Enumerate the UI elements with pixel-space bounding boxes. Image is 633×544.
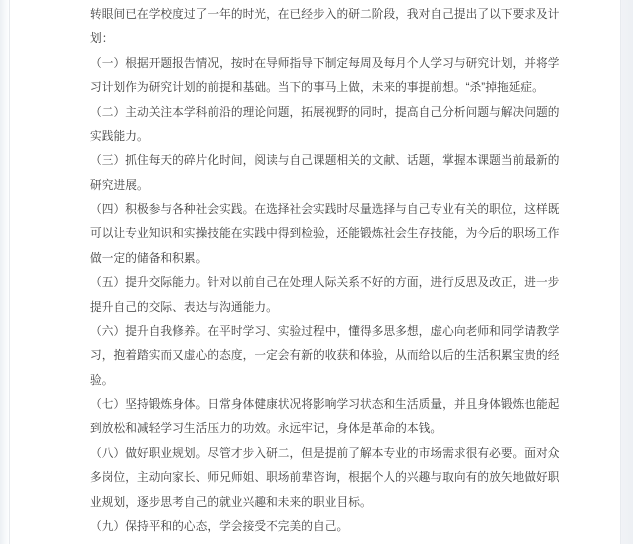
text-line: （三）抓住每天的碎片化时间，阅读与自己课题相关的文献、话题，掌握本课题当前最新的: [90, 149, 572, 173]
text-line: 习计划作为研究计划的前提和基础。当下的事马上做，未来的事提前想。“杀”掉拖延症。: [90, 76, 572, 100]
text-line: 验。: [90, 369, 572, 393]
paragraph-item-9: （九）保持平和的心态，学会接受不完美的自己。: [90, 515, 572, 539]
text-line: （六）提升自我修养。在平时学习、实验过程中，懂得多思多想，虚心向老师和同学请教学: [90, 320, 572, 344]
page-edge-right: [620, 0, 633, 544]
page-edge-left: [0, 0, 10, 544]
text-line: 多岗位，主动向家长、师兄师姐、职场前辈咨询，根据个人的兴趣与取向有的放矢地做好职: [90, 466, 572, 490]
text-line: 业规划，逐步思考自己的就业兴趣和未来的职业目标。: [90, 491, 572, 515]
text-line: 可以让专业知识和实操技能在实践中得到检验，还能锻炼社会生存技能，为今后的职场工作: [90, 222, 572, 246]
text-line: 转眼间已在学校度过了一年的时光，在已经步入的研二阶段，我对自己提出了以下要求及计: [90, 3, 572, 27]
text-line: 研究进展。: [90, 174, 572, 198]
text-line: （八）做好职业规划。尽管才步入研二，但是提前了解本专业的市场需求很有必要。面对众: [90, 442, 572, 466]
text-line: （四）积极参与各种社会实践。在选择社会实践时尽量选择与自己专业有关的职位，这样既: [90, 198, 572, 222]
text-line: 做一定的储备和积累。: [90, 247, 572, 271]
paragraph-item-6: （六）提升自我修养。在平时学习、实验过程中，懂得多思多想，虚心向老师和同学请教学…: [90, 320, 572, 393]
paragraph-item-1: （一）根据开题报告情况，按时在导师指导下制定每周及每月个人学习与研究计划，并将学…: [90, 52, 572, 101]
text-line: 提升自己的交际、表达与沟通能力。: [90, 296, 572, 320]
text-line: （二）主动关注本学科前沿的理论问题，拓展视野的同时，提高自己分析问题与解决问题的: [90, 101, 572, 125]
paragraph-item-8: （八）做好职业规划。尽管才步入研二，但是提前了解本专业的市场需求很有必要。面对众…: [90, 442, 572, 515]
text-line: 习，抱着踏实而又虚心的态度，一定会有新的收获和体验，从而给以后的生活积累宝贵的经: [90, 344, 572, 368]
text-line: （九）保持平和的心态，学会接受不完美的自己。: [90, 515, 572, 539]
text-line: （一）根据开题报告情况，按时在导师指导下制定每周及每月个人学习与研究计划，并将学: [90, 52, 572, 76]
paragraph-item-3: （三）抓住每天的碎片化时间，阅读与自己课题相关的文献、话题，掌握本课题当前最新的…: [90, 149, 572, 198]
paragraph-item-5: （五）提升交际能力。针对以前自己在处理人际关系不好的方面，进行反思及改正，进一步…: [90, 271, 572, 320]
text-line: 到放松和减轻学习生活压力的功效。永远牢记，身体是革命的本钱。: [90, 417, 572, 441]
paragraph-item-2: （二）主动关注本学科前沿的理论问题，拓展视野的同时，提高自己分析问题与解决问题的…: [90, 101, 572, 150]
text-line: 实践能力。: [90, 125, 572, 149]
paragraph-item-7: （七）坚持锻炼身体。日常身体健康状况将影响学习状态和生活质量，并且身体锻炼也能起…: [90, 393, 572, 442]
text-line: （七）坚持锻炼身体。日常身体健康状况将影响学习状态和生活质量，并且身体锻炼也能起: [90, 393, 572, 417]
document-body: 转眼间已在学校度过了一年的时光，在已经步入的研二阶段，我对自己提出了以下要求及计…: [10, 0, 620, 539]
text-line: 划：: [90, 27, 572, 51]
paragraph-item-4: （四）积极参与各种社会实践。在选择社会实践时尽量选择与自己专业有关的职位，这样既…: [90, 198, 572, 271]
text-line: （五）提升交际能力。针对以前自己在处理人际关系不好的方面，进行反思及改正，进一步: [90, 271, 572, 295]
paragraph-intro: 转眼间已在学校度过了一年的时光，在已经步入的研二阶段，我对自己提出了以下要求及计…: [90, 3, 572, 52]
